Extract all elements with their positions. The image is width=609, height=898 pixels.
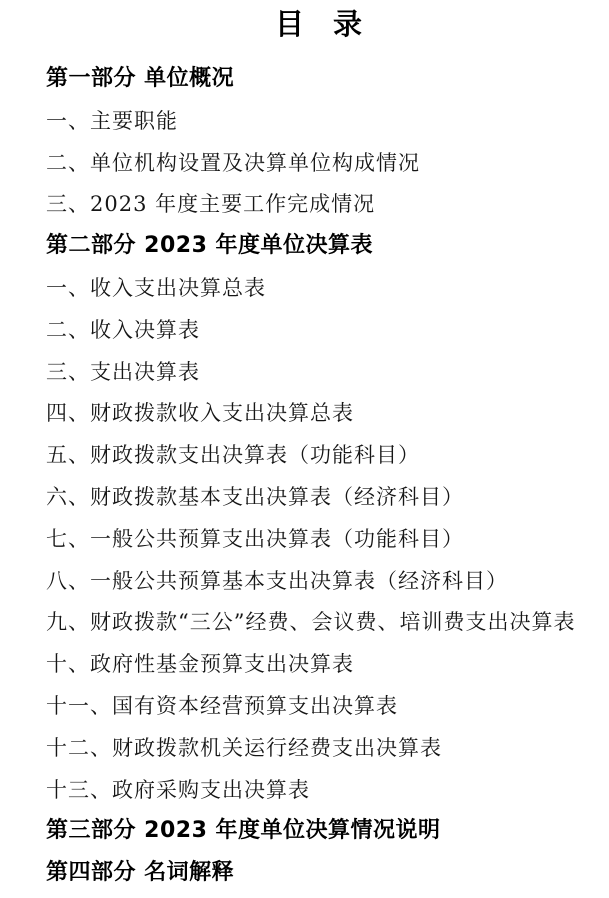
toc-entry: 九、财政拨款“三公”经费、会议费、培训费支出决算表 [46,605,591,647]
toc-entry: 十一、国有资本经营预算支出决算表 [46,689,591,731]
toc-entry: 十二、财政拨款机关运行经费支出决算表 [46,731,591,773]
toc-section-heading: 第二部分 2023 年度单位决算表 [46,229,591,271]
toc-entry: 八、一般公共预算基本支出决算表（经济科目） [46,564,591,606]
toc-entry: 三、支出决算表 [46,355,591,397]
document-title: 目 录 [46,6,591,42]
toc-entry: 七、一般公共预算支出决算表（功能科目） [46,522,591,564]
toc-entry: 二、收入决算表 [46,313,591,355]
document-page: 目 录 第一部分 单位概况 一、主要职能 二、单位机构设置及决算单位构成情况 三… [0,0,609,898]
toc-entry: 十、政府性基金预算支出决算表 [46,647,591,689]
toc-entry: 六、财政拨款基本支出决算表（经济科目） [46,480,591,522]
toc-section-heading: 第四部分 名词解释 [46,856,591,898]
toc-entry: 二、单位机构设置及决算单位构成情况 [46,146,591,188]
toc-entry: 三、2023 年度主要工作完成情况 [46,187,591,229]
table-of-contents: 第一部分 单位概况 一、主要职能 二、单位机构设置及决算单位构成情况 三、202… [46,62,591,898]
toc-entry: 一、主要职能 [46,104,591,146]
toc-section-heading: 第三部分 2023 年度单位决算情况说明 [46,814,591,856]
toc-entry: 五、财政拨款支出决算表（功能科目） [46,438,591,480]
toc-section-heading: 第一部分 单位概况 [46,62,591,104]
toc-entry: 四、财政拨款收入支出决算总表 [46,396,591,438]
toc-entry: 十三、政府采购支出决算表 [46,773,591,815]
toc-entry: 一、收入支出决算总表 [46,271,591,313]
